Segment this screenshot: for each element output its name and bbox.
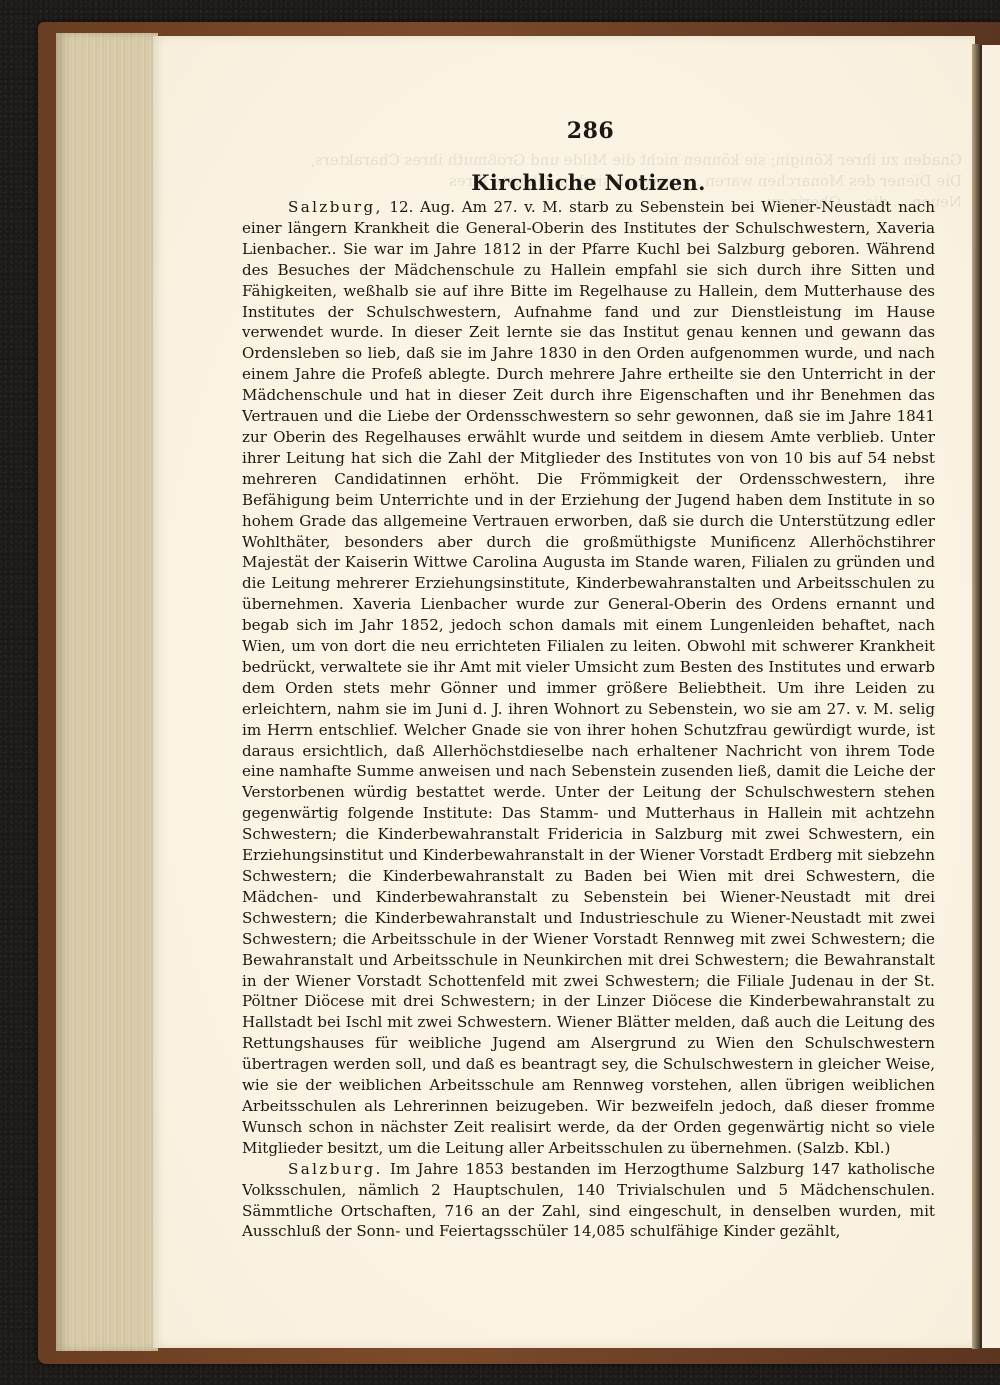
article-date: 12. Aug. bbox=[389, 198, 455, 216]
section-title: Kirchliche Notizen. bbox=[242, 170, 935, 195]
article-dateline: Salzburg. bbox=[288, 1160, 383, 1178]
page-number: 286 bbox=[242, 118, 935, 144]
facing-page-edge bbox=[978, 45, 1000, 1348]
book-gutter bbox=[972, 44, 980, 1349]
article-dateline: Salzburg, bbox=[288, 198, 383, 216]
article-body: Am 27. v. M. starb zu Sebenstein bei Wie… bbox=[242, 198, 935, 1157]
article-paragraph: Salzburg. Im Jahre 1853 bestanden im Her… bbox=[242, 1159, 935, 1243]
page-content: 286 Kirchliche Notizen. Salzburg, 12. Au… bbox=[242, 118, 935, 1242]
page-stack-edge bbox=[56, 33, 158, 1351]
article-paragraph: Salzburg, 12. Aug. Am 27. v. M. starb zu… bbox=[242, 197, 935, 1159]
